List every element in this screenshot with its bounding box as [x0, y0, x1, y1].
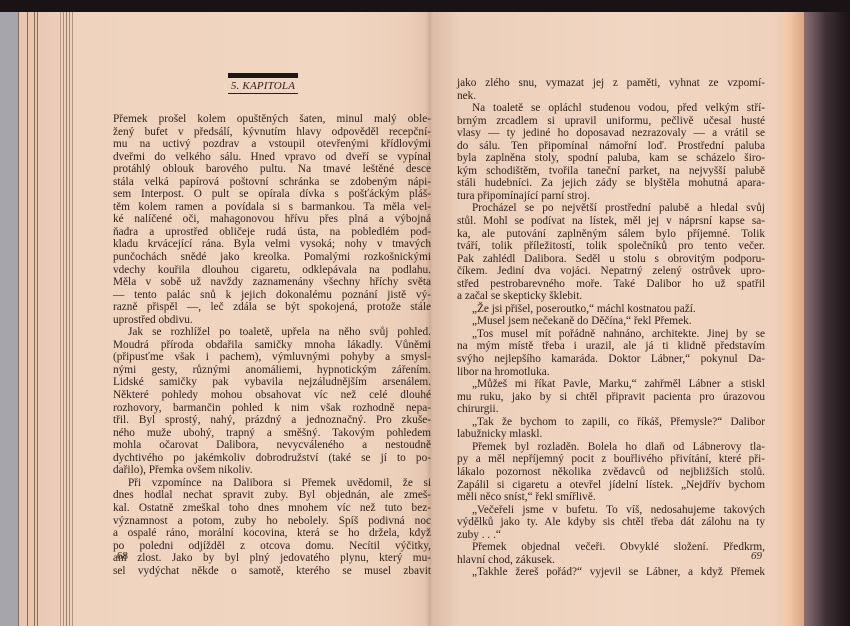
text-line: Měla v sobě už navždy zaznamenány všechn…	[113, 276, 431, 289]
text-line: stála velká papírová poštovní schránka s…	[113, 176, 431, 189]
text-line: libor na hromotluka.	[457, 366, 765, 379]
text-line: zuby . . .“	[457, 529, 765, 542]
text-line: vlasy — ty jediné ho doposavad nezrazova…	[457, 127, 765, 140]
text-line: ňadra a uprostřed obličeje rudá ústa, na…	[113, 226, 431, 239]
text-line: „Večeřeli jsme v bufetu. To víš, nedosah…	[457, 504, 765, 517]
text-line: mu na uctivý pozdrav a vstoupil otevřený…	[113, 138, 431, 151]
chapter-title: 5. KAPITOLA	[228, 80, 298, 94]
text-line: sem Interpost. O pult se opírala dívka s…	[113, 188, 431, 201]
text-line: žený bufet v předsálí, kývnutím hlavy od…	[113, 126, 431, 139]
text-line: Při vzpomínce na Dalibora si Přemek uvěd…	[113, 477, 431, 490]
page-stack-lines	[60, 10, 74, 626]
text-line: Pak zahlédl Dalibora. Seděl u stolu s ob…	[457, 253, 765, 266]
right-page-text: jako zlého snu, vymazat jej z paměti, vy…	[457, 77, 765, 579]
text-line: hlavní chod, zákusek.	[457, 554, 765, 567]
text-line: měli něco sníst,“ řekl smířlivě.	[457, 491, 765, 504]
text-line: punčochách snědé jako kreolka. Pomalými …	[113, 251, 431, 264]
text-line: „Tos musel mít pořádně nahnáno, architek…	[457, 328, 765, 341]
text-line: chirurgii.	[457, 403, 765, 416]
text-line: tura připomínající parní stroj.	[457, 190, 765, 203]
text-line: Na toaletě se opláchl studenou vodou, př…	[457, 102, 765, 115]
text-line: protáhlý oblouk barového pultu. Na tmavé…	[113, 163, 431, 176]
text-line: kal. Ostatně zmeškal toho dnes mnohem ví…	[113, 502, 431, 515]
text-line: (připusťme však i pachem), výmluvnými po…	[113, 351, 431, 364]
text-line: lákalo pozornost několika zvědavců od ne…	[457, 466, 765, 479]
text-line: stáli hudebníci. Za jejich zády se blyšt…	[457, 177, 765, 190]
text-line: dveřmi do velkého sálu. Hned vpravo od d…	[113, 151, 431, 164]
text-line: Přemek objednal večeři. Obvyklé složení.…	[457, 541, 765, 554]
text-line: Procházel se po největší prostřední palu…	[457, 202, 765, 215]
text-line: do sálu. Ten připomínal námořní loď. Pro…	[457, 140, 765, 153]
text-line: ké nalíčené oči, mahagonovou hřívu přes …	[113, 213, 431, 226]
left-page-text: Přemek prošel kolem opuštěných šaten, mi…	[113, 113, 431, 577]
text-line: svýho nejlepšího kamaráda. Doktor Lábner…	[457, 353, 765, 366]
text-line: Přemek byl rozladěn. Bolela ho dlaň od L…	[457, 441, 765, 454]
text-line: Jak se rozhlížel po toaletě, upřela na n…	[113, 326, 431, 339]
text-line: na mým místě třeba i urazil, ale já ti k…	[457, 340, 765, 353]
text-line: stůl. Mohl se podívat na lístek, měl jej…	[457, 215, 765, 228]
page-number-right: 69	[751, 550, 762, 562]
text-line: sel vydýchat někde o samotě, kterého se …	[113, 565, 431, 578]
text-line: mu ruku, jako by si chtěl připravit paci…	[457, 391, 765, 404]
text-line: Některé pohledy mohou obsahovat víc než …	[113, 389, 431, 402]
text-line: číkem. Jediní dva vojáci. Nepatrný zelen…	[457, 265, 765, 278]
text-line: byla zaplněna stoly, spodní paluba, kam …	[457, 152, 765, 165]
text-line: a ospalé ráno, morální kocovina, která s…	[113, 527, 431, 540]
text-line: ani zlost. Jako by byl plný jedovatého p…	[113, 552, 431, 565]
text-line: vdechy kouřila dlouhou cigaretu, odklepá…	[113, 264, 431, 277]
text-line: brným zrcadlem si upravil uniformu, pečl…	[457, 115, 765, 128]
text-line: Přemek prošel kolem opuštěných šaten, mi…	[113, 113, 431, 126]
text-line: „Že jsi přišel, poseroutko,“ máchl kostn…	[457, 303, 765, 316]
text-line: mohla očarovat Dalibora, nevycváleného a…	[113, 439, 431, 452]
right-page-edges	[782, 10, 804, 626]
text-line: py a měl nepříjemný pocit z bouřlivého p…	[457, 453, 765, 466]
text-line: dnes hodlal nechat spravit zuby. Byl obj…	[113, 489, 431, 502]
text-line: výdělků jako ty. Ale kdyby sis chtěl tře…	[457, 516, 765, 529]
text-line: — tento palác snů k jejich dokonalému po…	[113, 289, 431, 302]
text-line: „Můžeš mi říkat Pavle, Marku,“ zahřměl L…	[457, 378, 765, 391]
text-line: a začal se skepticky šklebit.	[457, 290, 765, 303]
text-line: Zapálil si cigaretu a otevřel jídelní lí…	[457, 479, 765, 492]
text-line: ka, ale putování zaplněným sálem bylo př…	[457, 228, 765, 241]
text-line: nek.	[457, 90, 765, 103]
text-line: po poledni odjížděl z otcova domu. Necít…	[113, 540, 431, 553]
text-line: ného muže ubohý, trapný a směšný. Takový…	[113, 427, 431, 440]
text-line: labužnicky mlaskl.	[457, 428, 765, 441]
page-number-left: 68	[117, 550, 128, 562]
text-line: kladu krvácející rána. Byla velmi vysoká…	[113, 238, 431, 251]
text-line: dařilo), Přemka ovšem nikoliv.	[113, 464, 431, 477]
text-line: Moudrá příroda obdařila samičky mnoha lá…	[113, 339, 431, 352]
text-line: razně přispěl —, leč zdála se být spokoj…	[113, 301, 431, 314]
top-shadow	[0, 0, 850, 12]
text-line: střed pestrobarevného moře. Také Dalibor…	[457, 278, 765, 291]
text-line: jako zlého snu, vymazat jej z paměti, vy…	[457, 77, 765, 90]
text-line: významnost a potom, zuby ho nebolely. Sp…	[113, 515, 431, 528]
text-line: kým schodištěm, tvořila taneční parket, …	[457, 165, 765, 178]
text-line: tváří, tolik příležitostí, tolik společn…	[457, 240, 765, 253]
chapter-heading: 5. KAPITOLA	[228, 73, 298, 94]
text-line: uprostřed obdivu.	[113, 314, 431, 327]
chapter-rule	[228, 73, 298, 78]
text-line: Lidské samičky pak vybavila nejzáludnějš…	[113, 376, 431, 389]
book-cover-shadow	[804, 0, 850, 626]
text-line: „Musel jsem nečekaně do Děčína,“ řekl Př…	[457, 315, 765, 328]
text-line: třil. Byl sprostý, nahý, prázdný a jedno…	[113, 414, 431, 427]
text-line: nými gesty, různými anomáliemi, hypnotic…	[113, 364, 431, 377]
text-line: „Tak že bychom to zapili, co říkáš, Přem…	[457, 416, 765, 429]
text-line: těm kolem ramen a povídala si s barmanko…	[113, 201, 431, 214]
text-line: rozhovory, barmančin pohled k nim však r…	[113, 402, 431, 415]
text-line: dychtivého po jakémkoliv dobrodružství (…	[113, 452, 431, 465]
text-line: „Takhle žereš pořád?“ vyjevil se Lábner,…	[457, 566, 765, 579]
